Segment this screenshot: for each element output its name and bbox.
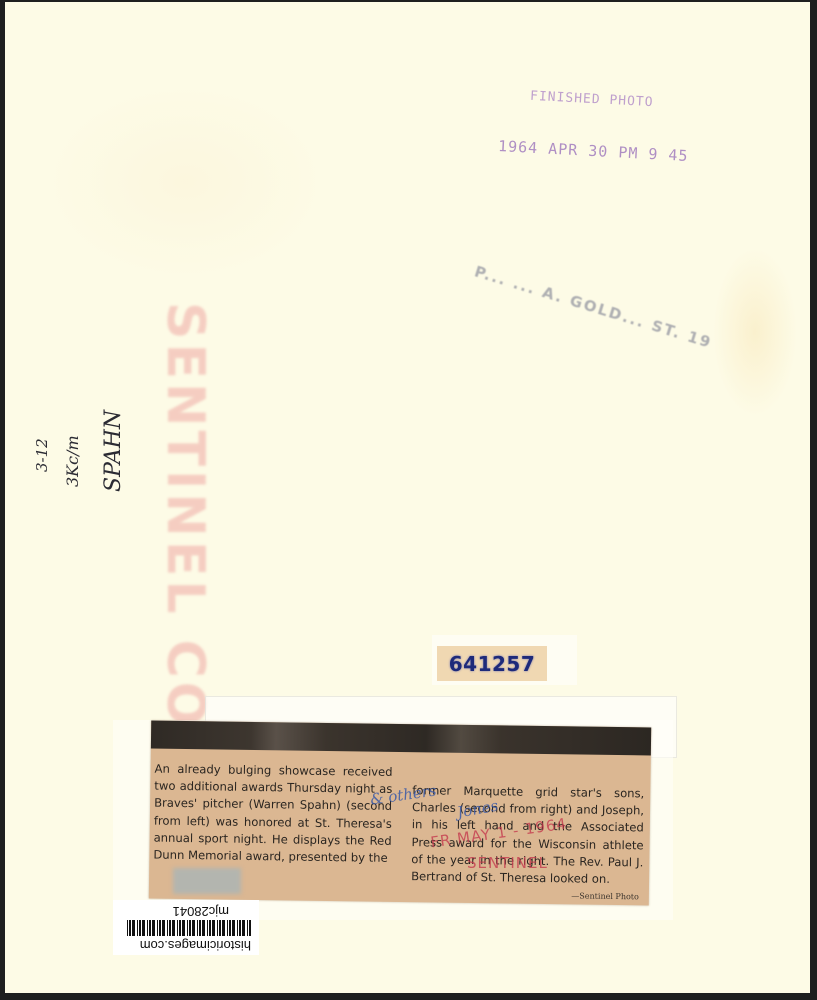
barcode-label: historicimages.com mjc28041 xyxy=(113,900,259,955)
finished-photo-stamp: FINISHED PHOTO xyxy=(530,89,654,110)
sentinel-copy-stamp: SENTINEL COPY xyxy=(155,302,215,602)
red-sentinel-stamp: SENTINEL xyxy=(467,854,548,872)
received-date-stamp: 1964 APR 30 PM 9 45 xyxy=(498,137,689,165)
barcode-id-text: mjc28041 xyxy=(173,904,229,919)
photo-back-paper: FINISHED PHOTO 1964 APR 30 PM 9 45 P... … xyxy=(5,2,810,993)
blue-ink-smudge xyxy=(173,868,241,894)
handwritten-notes: 3-12 3Kc/m SPAHN xyxy=(33,397,143,507)
photo-credit: —Sentinel Photo xyxy=(571,891,639,901)
gray-diagonal-stamp: P... ... A. GOLD... ST. 19 xyxy=(472,262,714,352)
barcode-icon xyxy=(127,920,251,936)
caption-left-column: An already bulging showcase received two… xyxy=(153,761,392,868)
handwritten-name: SPAHN xyxy=(101,410,126,492)
clipping-photo-edge xyxy=(151,721,651,756)
archive-number-label: 641257 xyxy=(437,646,547,681)
barcode-site-text: historicimages.com xyxy=(140,938,251,953)
handwritten-line-1: 3-12 xyxy=(33,438,51,472)
handwritten-line-2: 3Kc/m xyxy=(63,435,82,487)
